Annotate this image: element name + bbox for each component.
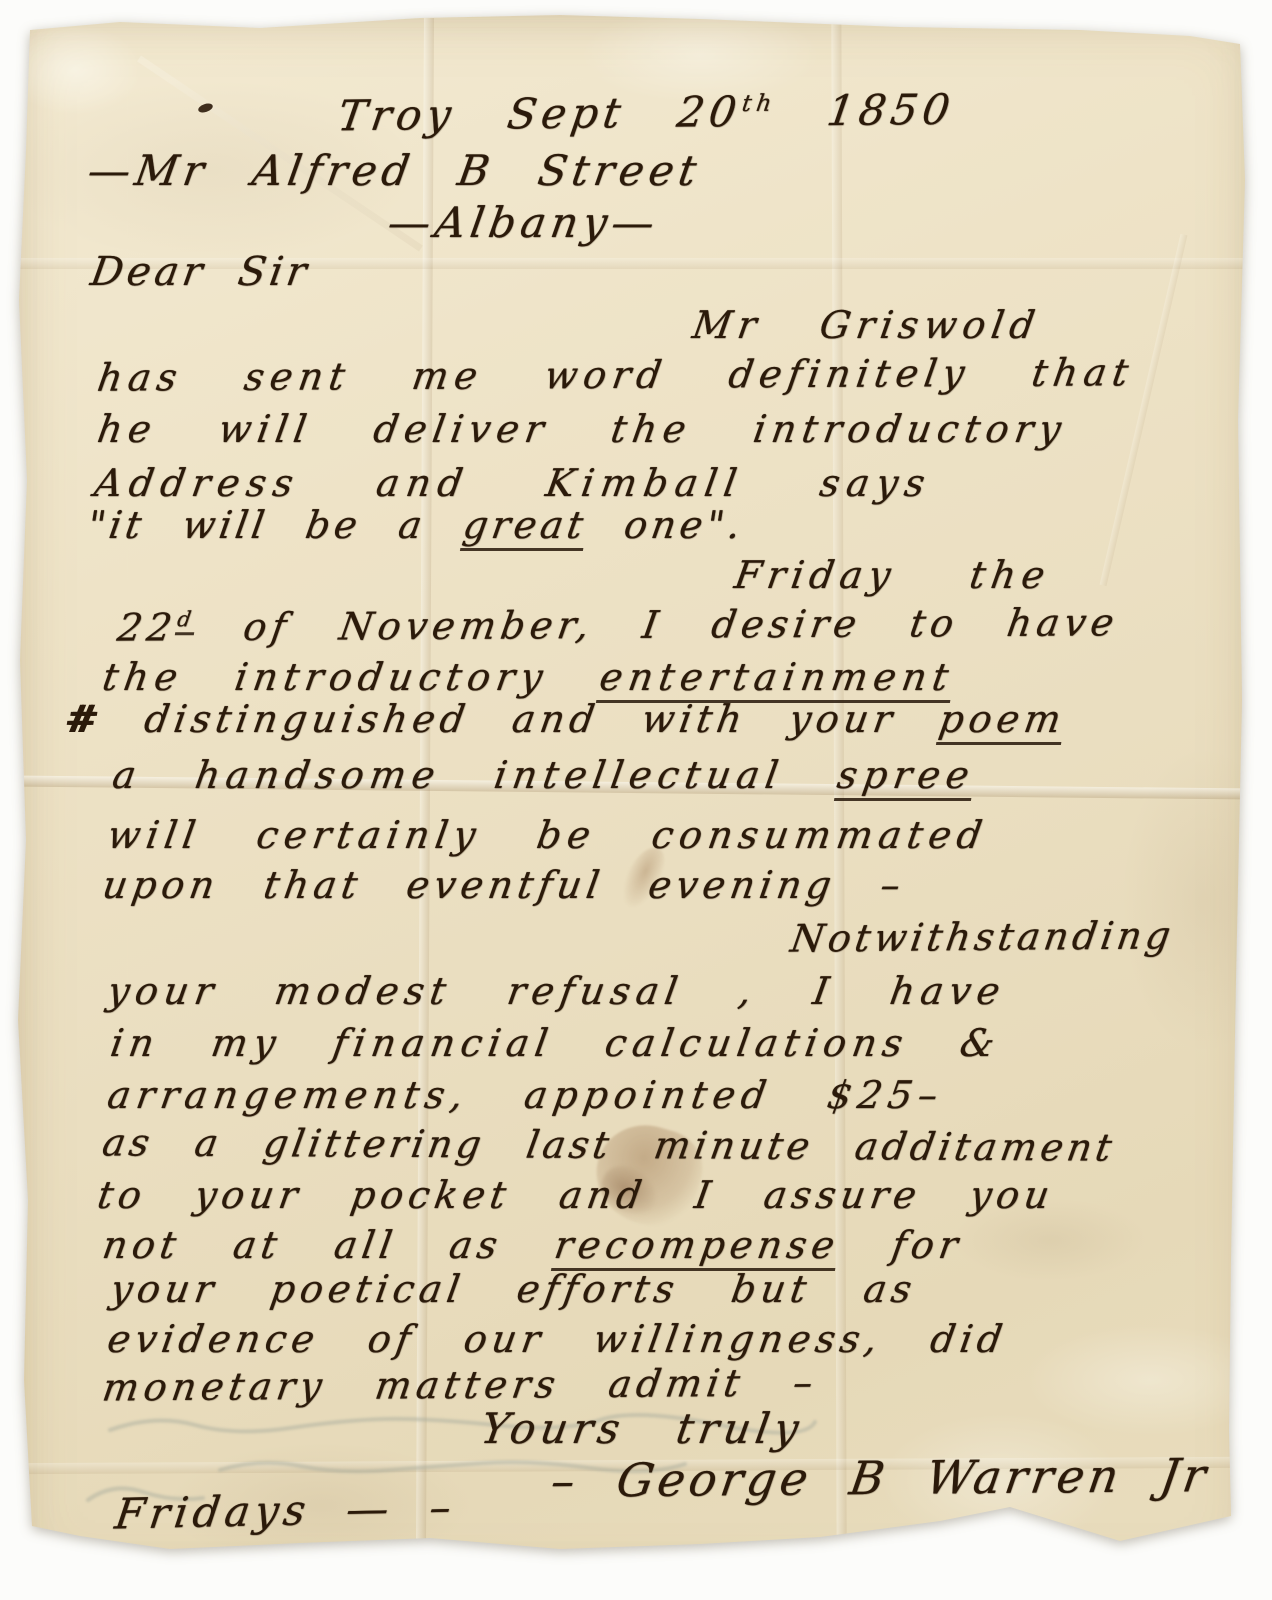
handwriting-line-text: your poetical efforts but as bbox=[108, 1270, 919, 1308]
handwriting-line-text: a handsome intellectual spree bbox=[110, 756, 978, 794]
letter-text: Troy Sept 20th 1850—Mr Alfred B Street—A… bbox=[0, 0, 1272, 1600]
handwriting-line-text: Mr Griswold bbox=[690, 306, 1043, 344]
handwriting-line: has sent me word definitely that bbox=[95, 353, 1131, 396]
handwriting-line-text: as a glittering last minute additament bbox=[100, 1123, 1118, 1166]
handwriting-line: monetary matters admit – bbox=[100, 1364, 815, 1407]
handwriting-line: your modest refusal , I have bbox=[105, 972, 1003, 1010]
handwriting-line-text: not at all as recompense for bbox=[100, 1226, 965, 1264]
handwriting-line: – George B Warren Jr bbox=[548, 1452, 1206, 1504]
handwriting-line: Yours truly bbox=[478, 1408, 800, 1450]
handwriting-line: not at all as recompense for bbox=[100, 1226, 959, 1264]
underlined-word: recompense bbox=[551, 1223, 843, 1271]
handwriting-line-text: Friday the bbox=[732, 556, 1053, 594]
handwriting-line-text: monetary matters admit – bbox=[100, 1363, 820, 1406]
letter-paper-wrapper: Troy Sept 20th 1850—Mr Alfred B Street—A… bbox=[0, 0, 1272, 1600]
handwriting-line-text: in my financial calculations & bbox=[108, 1024, 1003, 1062]
handwriting-line-text: Yours truly bbox=[478, 1408, 806, 1450]
handwriting-line: Fridays — – bbox=[112, 1486, 453, 1535]
handwriting-line-text: "it will be a great one". bbox=[85, 506, 747, 544]
handwriting-line: "it will be a great one". bbox=[85, 506, 741, 544]
handwriting-line-text: Notwithstanding bbox=[788, 916, 1177, 957]
handwriting-line-text: —Albany— bbox=[385, 202, 662, 244]
handwriting-line-text: Troy Sept 20th 1850 bbox=[335, 89, 957, 138]
handwriting-line: —Mr Alfred B Street bbox=[85, 150, 697, 192]
underlined-word: poem bbox=[936, 697, 1069, 745]
handwriting-line-text: upon that eventful evening – bbox=[100, 866, 908, 904]
handwriting-line: # distinguished and with your poem bbox=[62, 700, 1062, 738]
handwriting-line: Mr Griswold bbox=[690, 306, 1037, 344]
handwriting-line-text: will certainly be consummated bbox=[105, 816, 991, 854]
underlined-word: spree bbox=[834, 753, 979, 801]
handwriting-line-text: Dear Sir bbox=[88, 252, 313, 292]
handwriting-line-text: 22d of November, I desire to have bbox=[115, 603, 1121, 646]
handwriting-line: a handsome intellectual spree bbox=[110, 756, 972, 794]
handwriting-line: —Albany— bbox=[385, 202, 655, 244]
handwriting-line-text: has sent me word definitely that bbox=[95, 353, 1137, 396]
handwriting-line-text: Fridays — – bbox=[112, 1486, 458, 1535]
handwriting-line: upon that eventful evening – bbox=[100, 866, 902, 904]
handwriting-line: 22d of November, I desire to have bbox=[115, 603, 1116, 646]
letter-paper: Troy Sept 20th 1850—Mr Alfred B Street—A… bbox=[0, 0, 1272, 1600]
underlined-word: entertainment bbox=[596, 655, 957, 703]
handwriting-line-text: evidence of our willingness, did bbox=[105, 1320, 1010, 1358]
handwriting-line: in my financial calculations & bbox=[108, 1024, 997, 1062]
handwriting-line: Troy Sept 20th 1850 bbox=[335, 89, 951, 137]
handwriting-line-text: arrangements, appointed $25– bbox=[105, 1076, 946, 1114]
handwriting-line-text: – George B Warren Jr bbox=[548, 1452, 1212, 1504]
handwriting-line-text: he will deliver the introductory bbox=[95, 410, 1070, 448]
handwriting-line: your poetical efforts but as bbox=[108, 1270, 913, 1308]
handwriting-line-text: # distinguished and with your poem bbox=[62, 700, 1068, 738]
scan-image: Troy Sept 20th 1850—Mr Alfred B Street—A… bbox=[0, 0, 1272, 1600]
handwriting-line-text: to your pocket and I assure you bbox=[95, 1176, 1057, 1214]
handwriting-line: will certainly be consummated bbox=[105, 816, 985, 854]
handwriting-line: Friday the bbox=[732, 556, 1047, 594]
handwriting-line: arrangements, appointed $25– bbox=[105, 1076, 940, 1114]
handwriting-line: evidence of our willingness, did bbox=[105, 1320, 1004, 1358]
handwriting-line: the introductory entertainment bbox=[100, 658, 951, 696]
handwriting-line-text: Address and Kimball says bbox=[92, 464, 934, 502]
handwriting-line-text: —Mr Alfred B Street bbox=[85, 150, 704, 192]
handwriting-line: Address and Kimball says bbox=[92, 464, 928, 502]
handwriting-line: he will deliver the introductory bbox=[95, 410, 1064, 448]
handwriting-line: Dear Sir bbox=[88, 252, 307, 292]
handwriting-line-text: the introductory entertainment bbox=[100, 658, 957, 696]
handwriting-line: to your pocket and I assure you bbox=[95, 1176, 1051, 1214]
underlined-word: great bbox=[460, 503, 591, 551]
handwriting-line: as a glittering last minute additament bbox=[100, 1123, 1112, 1166]
handwriting-line: Notwithstanding bbox=[788, 916, 1171, 957]
handwriting-line-text: your modest refusal , I have bbox=[105, 972, 1009, 1010]
